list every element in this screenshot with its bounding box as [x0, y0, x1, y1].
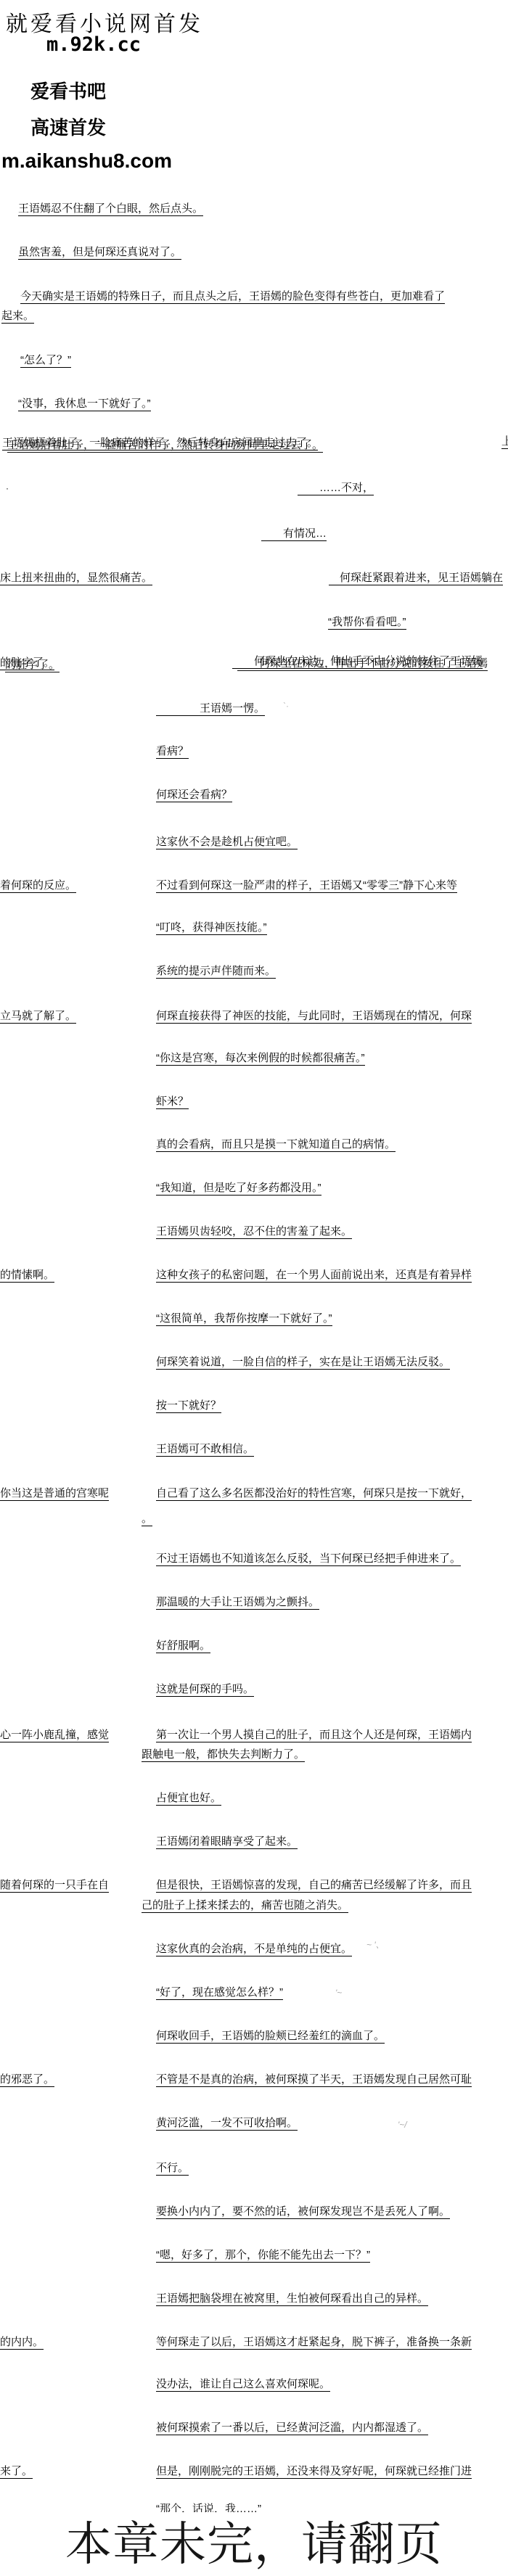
text-line: 但是很快，王语嫣惊喜的发现，自己的痛苦已经缓解了许多，而且: [156, 1879, 472, 1893]
text-line: 自己看了这么多名医都没治好的特性宫寒，何琛只是按一下就好，: [156, 1487, 472, 1501]
text-line: 床上扭来扭曲的，显然很痛苦。: [0, 572, 152, 585]
text-line: 看病？: [156, 745, 189, 759]
text-line: “怎么了？”: [20, 354, 71, 368]
text-line: 何琛还会看病？: [156, 789, 232, 802]
novel-reader-page: { "header": { "watermark_line": "就爱看小说网首…: [0, 0, 508, 2576]
site-url: m.aikanshu8.com: [1, 149, 172, 173]
text-line: 何琛笑着说道，一脸自信的样子，实在是让王语嫣无法反驳。: [156, 1356, 450, 1370]
garbled-line: 何琛坐在床边，伸出手不由分说的按住了王语嫣 何琛坐在床边，伸出手不由分说的按住了…: [232, 655, 483, 669]
text-line: 。: [142, 1513, 152, 1526]
text-line: 系统的提示声伴随而来。: [156, 965, 276, 979]
text-line: 王语嫣把脑袋埋在被窝里，生怕被何琛看出自己的异样。: [156, 2292, 428, 2306]
text-line: 虽然害羞，但是何琛还真说对了。: [18, 246, 181, 260]
text-line: 何琛收回手，王语嫣的脸颊已经羞红的滴血了。: [156, 2030, 385, 2044]
noise-mark: '~/: [398, 2120, 407, 2130]
text-line: 来了。: [0, 2465, 33, 2479]
text-line: “没事，我休息一下就好了。”: [18, 398, 151, 411]
text-line: 黄河泛滥，一发不可收拾啊。: [156, 2117, 298, 2131]
text-line: 要换小内内了，要不然的话，被何琛发现岂不是丢死人了啊。: [156, 2205, 450, 2219]
text-line: 好舒服啊。: [156, 1639, 210, 1653]
text-line: 心一阵小鹿乱撞，感觉: [0, 1729, 109, 1742]
garbled-text-layer: 王语嫣捂着肚子，一脸痛苦的样子，然后转身向房间里走过去了。: [7, 439, 323, 453]
text-line: 第一次让一个男人摸自己的肚子，而且这个人还是何琛，王语嫣内: [156, 1729, 472, 1742]
text-line: “我知道，但是吃了好多药都没用。”: [156, 1182, 321, 1196]
site-tagline: 高速首发: [30, 113, 106, 140]
text-line: 王语嫣一愣。: [156, 702, 265, 716]
text-line: 何琛赶紧跟着进来，见王语嫣躺在: [329, 572, 503, 585]
text-line: 王语嫣忍不住翻了个白眼，然后点头。: [18, 202, 203, 216]
text-line: 这家伙真的会治病，不是单纯的占便宜。: [156, 1943, 352, 1956]
garbled-text-layer: 何琛坐在床边，伸出手不由分说的按住了王语嫣: [237, 657, 488, 671]
text-line: 真的会看病，而且只是摸一下就知道自己的病情。: [156, 1138, 396, 1152]
text-line: 不过看到何琛这一脸严肃的样子，王语嫣又“零零三”静下心来等: [156, 879, 457, 893]
text-line: ……不对，: [298, 482, 374, 495]
text-line: 的内内。: [0, 2336, 44, 2350]
text-line: 有情况…: [261, 527, 327, 541]
text-line: “这很简单，我帮你按摩一下就好了。”: [156, 1312, 332, 1326]
text-line: 没办法，谁让自己这么喜欢何琛呢。: [156, 2378, 330, 2392]
text-line: “好了，现在感觉怎么样？”: [156, 1986, 283, 2000]
text-line: 立马就了解了。: [0, 1010, 76, 1024]
text-line: 但是，刚刚脱完的王语嫣，还没来得及穿好呢，何琛就已经推门进: [156, 2465, 472, 2479]
text-line: “叮咚，获得神医技能。”: [156, 921, 267, 935]
text-line: 今天确实是王语嫣的特殊日子，而且点头之后，王语嫣的脸色变得有些苍白，更加难看了: [20, 290, 445, 304]
text-line: 王语嫣闭着眼睛享受了起来。: [156, 1835, 298, 1849]
noise-mark: ~ '、: [366, 1938, 385, 1951]
text-line: 随着何琛的一只手在自: [0, 1879, 109, 1893]
text-line: 不行。: [156, 2162, 189, 2176]
text-line: 的邪恶了。: [0, 2073, 54, 2087]
text-line: 按一下就好？: [156, 1399, 221, 1413]
text-line: 虾米？: [156, 1095, 189, 1109]
site-name: 爱看书吧: [30, 77, 106, 104]
text-line: 起来。: [1, 310, 34, 324]
page-footer-notice: 本章未完，请翻页: [0, 2507, 508, 2574]
text-line: 这种女孩子的私密问题，在一个男人面前说出来，还真是有着异样: [156, 1269, 472, 1283]
noise-mark: ~: [290, 1895, 295, 1905]
text-line: 不管是不是真的治病，被何琛摸了半天，王语嫣发现自己居然可耻: [156, 2073, 472, 2087]
noise-mark: '~: [335, 1988, 342, 1998]
garbled-line: 的脏字了。的脏字了。: [0, 657, 54, 670]
text-line: 不过王语嫣也不知道该怎么反驳，当下何琛已经把手伸进来了。: [156, 1552, 461, 1566]
text-line: 这就是何琛的手吗。: [156, 1683, 254, 1697]
text-line: 跟触电一般，都快失去判断力了。: [142, 1748, 305, 1762]
garbled-text-layer: 的脏字了。: [5, 659, 60, 672]
text-line: 被何琛摸索了一番以后，已经黄河泛滥，内内都湿透了。: [156, 2421, 428, 2435]
text-line: 上: [501, 435, 508, 449]
text-line: 那温暖的大手让王语嫣为之颤抖。: [156, 1596, 319, 1610]
text-line: 占便宜也好。: [156, 1792, 221, 1806]
text-line: 何琛直接获得了神医的技能，与此同时，王语嫣现在的情况，何琛: [156, 1010, 472, 1024]
text-line: 你当这是普通的宫寒呢: [0, 1487, 109, 1501]
text-line: 着何琛的反应。: [0, 879, 76, 893]
text-line: 的情愫啊。: [0, 1269, 54, 1283]
text-line: 等何琛走了以后，王语嫣这才赶紧起身，脱下裤子，准备换一条新: [156, 2336, 472, 2350]
noise-mark: `·: [283, 701, 289, 711]
text-line: “你这是宫寒，每次来例假的时候都很痛苦。”: [156, 1052, 365, 1066]
watermark-site-url: m.92k.cc: [46, 33, 141, 56]
text-line: 这家伙不会是趁机占便宜吧。: [156, 836, 298, 849]
garbled-line: 王语嫣捂着肚子，一脸痛苦的样子，然后转身向房间里走过去了。王语嫣捂着肚子，一脸痛…: [2, 437, 318, 450]
text-line: 己的肚子上揉来揉去的，痛苦也随之消失。: [142, 1899, 348, 1913]
text-line: 王语嫣贝齿轻咬，忍不住的害羞了起来。: [156, 1225, 352, 1239]
text-line: 王语嫣可不敢相信。: [156, 1443, 254, 1457]
text-line: “我帮你看看吧。”: [328, 616, 406, 630]
dot-mark: ·: [6, 483, 9, 493]
text-line: “嗯，好多了，那个，你能不能先出去一下？”: [156, 2249, 370, 2263]
